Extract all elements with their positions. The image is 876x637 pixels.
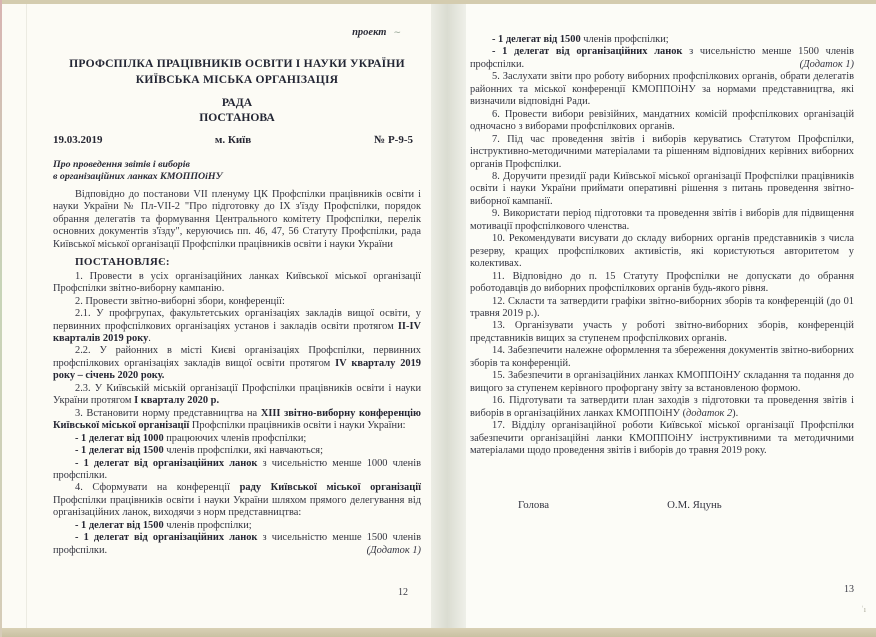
signature-title: Голова <box>518 499 549 511</box>
paragraph: - 1 делегат від організаційних ланок з ч… <box>53 458 421 483</box>
right-page-content: - 1 делегат від 1500 членів профспілки;-… <box>470 4 854 511</box>
paper-edge-line <box>26 4 27 628</box>
signature-name: О.М. Яцунь <box>667 499 722 511</box>
page-number-left: 12 <box>398 587 408 598</box>
page-number-right: 13 <box>844 584 854 595</box>
paragraph: 2.2. У районних в місті Києві організаці… <box>53 345 421 382</box>
document-subject-line2: в організаційних ланках КМОППОіНУ <box>53 171 421 183</box>
paragraph: 5. Заслухати звіти про роботу виборних п… <box>470 71 854 108</box>
scanned-document: проект∼ ПРОФСПІЛКА ПРАЦІВНИКІВ ОСВІТИ І … <box>0 0 876 637</box>
paragraph: Відповідно до постанови VII пленуму ЦК П… <box>53 189 421 251</box>
document-type-block: РАДА ПОСТАНОВА <box>53 95 421 125</box>
paragraph: 2.3. У Київській міській організації Про… <box>53 383 421 408</box>
paragraph: - 1 делегат від організаційних ланок з ч… <box>53 532 421 557</box>
document-date: 19.03.2019 <box>53 134 173 147</box>
paragraph: 17. Відділу організаційної роботи Київсь… <box>470 420 854 457</box>
paragraph: 8. Доручити президії ради Київської місь… <box>470 171 854 208</box>
document-page-left: проект∼ ПРОФСПІЛКА ПРАЦІВНИКІВ ОСВІТИ І … <box>2 4 432 628</box>
document-subject-line1: Про проведення звітів і виборів <box>53 159 421 171</box>
draft-row: проект∼ <box>53 26 421 39</box>
organization-name-line1: ПРОФСПІЛКА ПРАЦІВНИКІВ ОСВІТИ І НАУКИ УК… <box>53 56 421 72</box>
paragraph: 14. Забезпечити належне оформлення та зб… <box>470 345 854 370</box>
signature-block: Голова О.М. Яцунь <box>470 499 854 511</box>
paragraph: 10. Рекомендувати висувати до складу виб… <box>470 233 854 270</box>
document-place: м. Київ <box>173 134 293 147</box>
paragraph: - 1 делегат від 1500 членів профспілки, … <box>53 445 421 457</box>
resolution-heading: ПОСТАНОВЛЯЄ: <box>53 256 421 268</box>
paragraph: 6. Провести вибори ревізійних, мандатних… <box>470 109 854 134</box>
annex-reference: (Додаток 1) <box>345 545 421 557</box>
pen-mark: ∼ <box>393 27 401 37</box>
scan-edge-left <box>0 0 2 637</box>
scan-border-bottom <box>0 628 876 637</box>
paragraph: 15. Забезпечити в організаційних ланках … <box>470 370 854 395</box>
paragraph: 9. Використати період підготовки та пров… <box>470 208 854 233</box>
annex-reference: (Додаток 1) <box>778 59 854 71</box>
paragraph: 2.1. У профгрупах, факультетських органі… <box>53 308 421 345</box>
document-meta-row: 19.03.2019 м. Київ № Р-9-5 <box>53 134 421 147</box>
paragraph: - 1 делегат від 1500 членів профспілки; <box>53 520 421 532</box>
draft-label: проект <box>352 27 386 38</box>
paragraph: 7. Під час проведення звітів і виборів к… <box>470 134 854 171</box>
paragraph: 12. Скласти та затвердити графіки звітно… <box>470 296 854 321</box>
left-page-content: проект∼ ПРОФСПІЛКА ПРАЦІВНИКІВ ОСВІТИ І … <box>53 4 421 557</box>
paragraph: - 1 делегат від 1000 працюючих членів пр… <box>53 433 421 445</box>
paragraph: 16. Підготувати та затвердити план заход… <box>470 395 854 420</box>
page-gutter <box>431 4 467 628</box>
council-label: РАДА <box>53 95 421 110</box>
paragraph: - 1 делегат від організаційних ланок з ч… <box>470 46 854 71</box>
paragraph: - 1 делегат від 1500 членів профспілки; <box>470 34 854 46</box>
paragraph: 1. Провести в усіх організаційних ланках… <box>53 271 421 296</box>
document-page-right: - 1 делегат від 1500 членів профспілки;-… <box>466 4 876 628</box>
document-subject: Про проведення звітів і виборів в органі… <box>53 159 421 182</box>
paragraph: 13. Організувати участь у роботі звітно-… <box>470 320 854 345</box>
document-number: № Р-9-5 <box>293 134 421 147</box>
right-page-body: - 1 делегат від 1500 членів профспілки;-… <box>470 34 854 457</box>
paragraph: 3. Встановити норму представництва на ХІ… <box>53 408 421 433</box>
organization-name-line2: КИЇВСЬКА МІСЬКА ОРГАНІЗАЦІЯ <box>53 72 421 88</box>
organization-name: ПРОФСПІЛКА ПРАЦІВНИКІВ ОСВІТИ І НАУКИ УК… <box>53 56 421 87</box>
paragraph: 4. Сформувати на конференції раду Київсь… <box>53 482 421 519</box>
paragraph: 11. Відповідно до п. 15 Статуту Профспіл… <box>470 271 854 296</box>
paragraph: 2. Провести звітно-виборні збори, конфер… <box>53 296 421 308</box>
scan-artifact: ʾı <box>861 605 866 614</box>
document-type: ПОСТАНОВА <box>53 110 421 125</box>
left-page-body: Відповідно до постанови VII пленуму ЦК П… <box>53 189 421 557</box>
